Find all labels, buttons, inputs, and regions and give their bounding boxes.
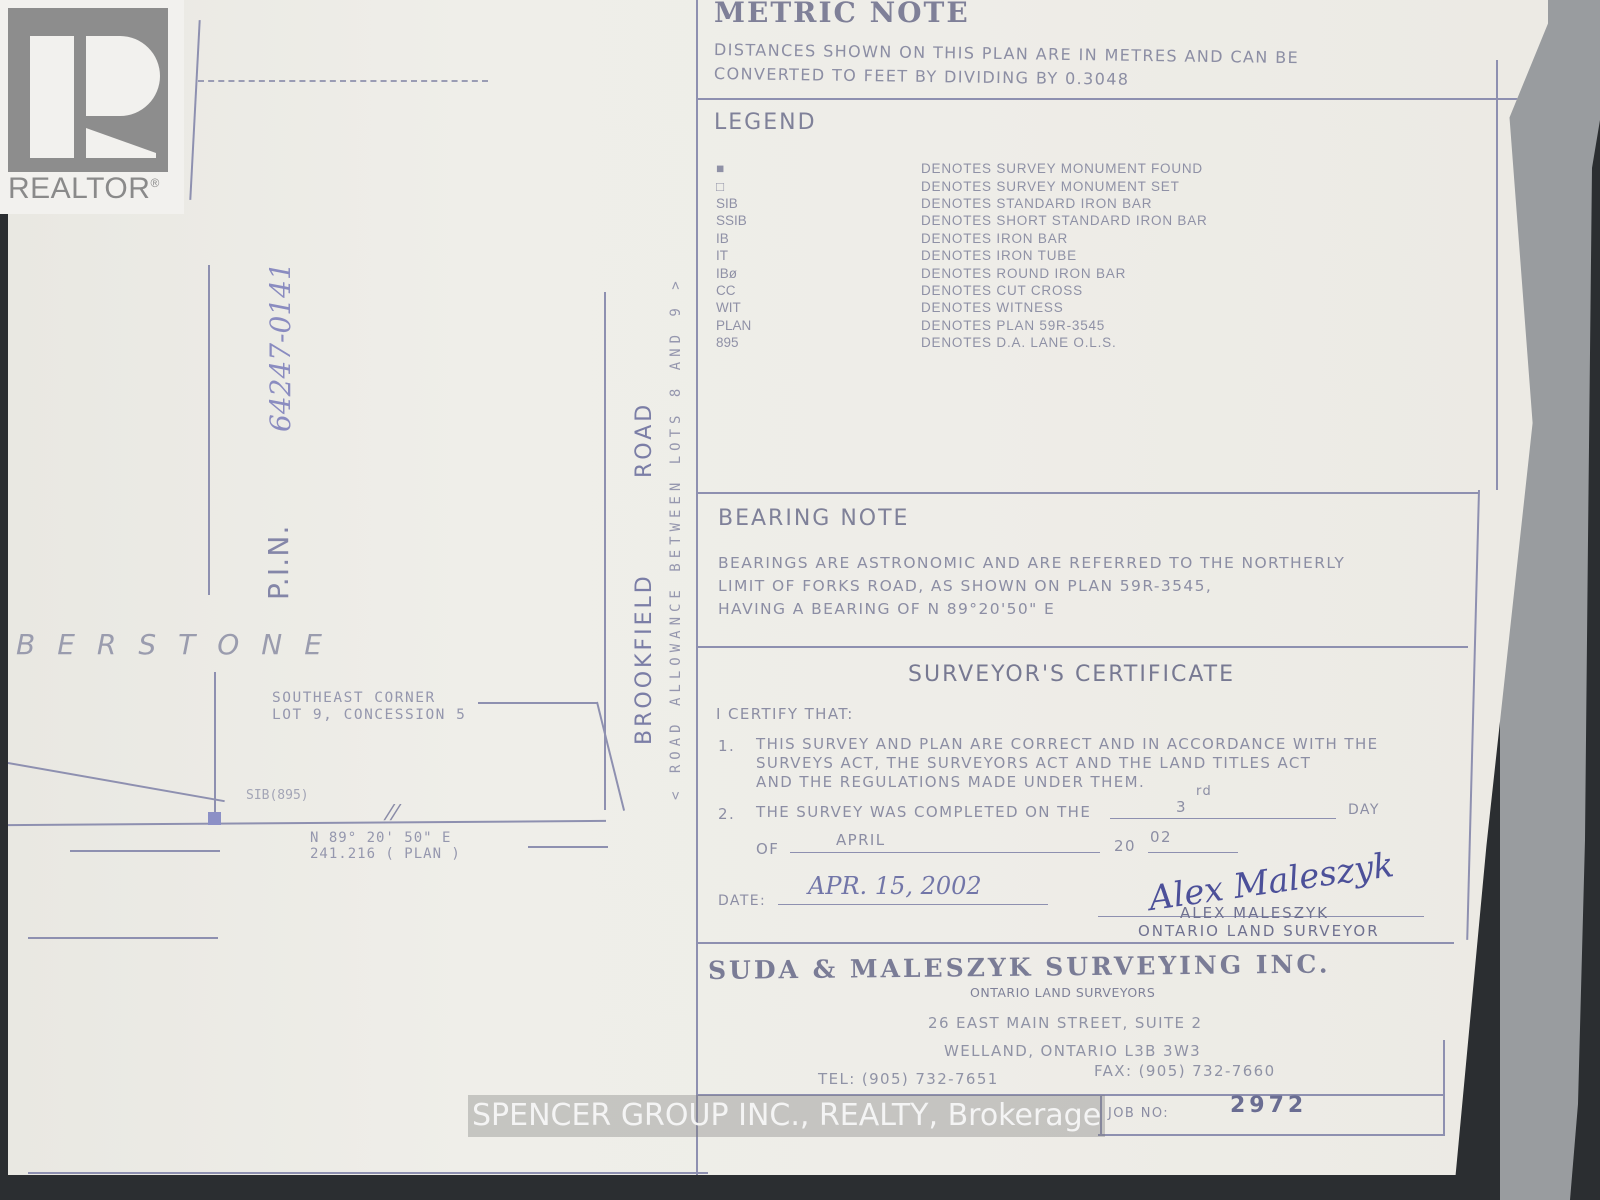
survey-plan-sheet: P.I.N. 64247-0141 BERSTONE BROOKFIELD RO…: [8, 0, 1548, 1175]
company-tel: TEL: (905) 732-7651: [818, 1068, 999, 1091]
legend-item: IBøDENOTES ROUND IRON BAR: [716, 264, 1236, 281]
dimension-arrow-right: [528, 846, 608, 848]
realtor-logo: REALTOR®: [0, 0, 184, 214]
dimension-arrow-left: [70, 850, 220, 852]
certificate-intro: I CERTIFY THAT:: [716, 703, 854, 726]
realtor-r-icon: [8, 8, 168, 172]
certificate-item2-number: 2.: [718, 803, 735, 826]
certificate-title: SURVEYOR'S CERTIFICATE: [908, 662, 1235, 687]
metric-note-divider: [698, 98, 1518, 100]
realtor-wordmark: REALTOR®: [8, 172, 160, 206]
certificate-item1-line2: SURVEYS ACT, THE SURVEYORS ACT AND THE L…: [756, 754, 1311, 773]
legend-item: ■DENOTES SURVEY MONUMENT FOUND: [716, 160, 1236, 177]
road-name: BROOKFIELD: [632, 573, 657, 745]
legend-item: IBDENOTES IRON BAR: [716, 230, 1236, 247]
month-value: APRIL: [836, 829, 886, 852]
paper-edge: [1500, 0, 1600, 1200]
monument-found-marker: [208, 812, 221, 825]
job-number: 2972: [1230, 1093, 1307, 1118]
surveyor-name: ALEX MALESZYK: [1180, 904, 1329, 922]
pin-number: 64247-0141: [264, 262, 297, 432]
corner-label-line2: LOT 9, CONCESSION 5: [272, 707, 466, 723]
distance-label: 241.216 ( PLAN ): [310, 846, 461, 862]
day-value: 3: [1176, 796, 1187, 819]
certificate-item1-line1: THIS SURVEY AND PLAN ARE CORRECT AND IN …: [756, 735, 1379, 754]
survey-monument-found-icon: ■: [716, 161, 921, 176]
date-underline: [778, 904, 1048, 905]
sheet-border-bottom-left: [28, 1172, 708, 1174]
legend-item: SSIBDENOTES SHORT STANDARD IRON BAR: [716, 212, 1236, 229]
bearing-note-line2: LIMIT OF FORKS ROAD, AS SHOWN ON PLAN 59…: [718, 575, 1212, 598]
bearing-note-line3: HAVING A BEARING OF N 89°20'50" E: [718, 598, 1055, 621]
sheet-border-right-upper: [1496, 60, 1498, 490]
metric-note-title: METRIC NOTE: [714, 0, 970, 29]
date-value-handwritten: APR. 15, 2002: [808, 872, 982, 900]
year-value: 02: [1150, 826, 1172, 849]
date-label: DATE:: [718, 890, 766, 913]
legend-divider: [698, 492, 1478, 494]
job-number-label: JOB NO:: [1108, 1102, 1169, 1125]
company-subtitle: ONTARIO LAND SURVEYORS: [970, 985, 1155, 1000]
road-word: ROAD: [632, 402, 657, 478]
legend-list: ■DENOTES SURVEY MONUMENT FOUND □DENOTES …: [716, 160, 1236, 351]
day-suffix: rd: [1196, 780, 1212, 803]
dashed-line: [198, 80, 488, 82]
legend-item: WITDENOTES WITNESS: [716, 299, 1236, 316]
sheet-border-right-lower: [1443, 1040, 1445, 1136]
certificate-divider: [698, 942, 1454, 944]
corner-label-line1: SOUTHEAST CORNER: [272, 690, 436, 706]
monument-label: SIB(895): [246, 788, 309, 803]
day-underline: [1110, 818, 1336, 819]
legend-item: 895DENOTES D.A. LANE O.L.S.: [716, 334, 1236, 351]
certificate-item1-number: 1.: [718, 735, 735, 758]
leader-line-corner-h: [478, 702, 598, 704]
bearing-note-line1: BEARINGS ARE ASTRONOMIC AND ARE REFERRED…: [718, 552, 1345, 575]
sheet-border-right-mid: [1466, 490, 1479, 940]
surveyor-title: ONTARIO LAND SURVEYOR: [1138, 922, 1380, 940]
year-underline: [1148, 852, 1238, 853]
road-allowance-label: < ROAD ALLOWANCE BETWEEN LOTS 8 AND 9 >: [668, 276, 684, 800]
day-label: DAY: [1348, 799, 1380, 822]
boundary-line-top: [189, 20, 200, 200]
pin-label: P.I.N.: [262, 524, 295, 600]
year-prefix: 20: [1114, 835, 1136, 858]
legend-item: PLANDENOTES PLAN 59R-3545: [716, 317, 1236, 334]
bearing-divider: [698, 646, 1468, 648]
legend-item: □DENOTES SURVEY MONUMENT SET: [716, 177, 1236, 194]
company-address1: 26 EAST MAIN STREET, SUITE 2: [928, 1012, 1203, 1035]
survey-monument-set-icon: □: [716, 179, 921, 194]
metric-note-line2: CONVERTED TO FEET BY DIVIDING BY 0.3048: [714, 62, 1130, 91]
panel-divider: [696, 0, 698, 1175]
certificate-item1-line3: AND THE REGULATIONS MADE UNDER THEM.: [756, 773, 1145, 792]
of-label: OF: [756, 838, 779, 861]
job-box-bottom: [1098, 1134, 1443, 1136]
company-fax: FAX: (905) 732-7660: [1094, 1060, 1276, 1083]
brokerage-watermark: SPENCER GROUP INC., REALTY, Brokerage: [468, 1095, 1105, 1137]
arrow-line-lower: [28, 937, 218, 939]
leader-line-sib: [8, 762, 225, 802]
leader-line-corner-d: [596, 702, 625, 811]
legend-title: LEGEND: [714, 110, 817, 135]
legend-item: ITDENOTES IRON TUBE: [716, 247, 1236, 264]
street-name-partial: BERSTONE: [16, 628, 344, 661]
month-underline: [790, 852, 1100, 853]
company-name: SUDA & MALESZYK SURVEYING INC.: [708, 949, 1331, 985]
lot-line-upper: [208, 265, 210, 595]
legend-item: CCDENOTES CUT CROSS: [716, 282, 1236, 299]
property-line-south: [8, 820, 606, 826]
legend-item: SIBDENOTES STANDARD IRON BAR: [716, 195, 1236, 212]
bearing-label: N 89° 20' 50" E: [310, 830, 451, 846]
bearing-note-title: BEARING NOTE: [718, 506, 909, 531]
certificate-item2-text: THE SURVEY WAS COMPLETED ON THE: [756, 801, 1091, 824]
